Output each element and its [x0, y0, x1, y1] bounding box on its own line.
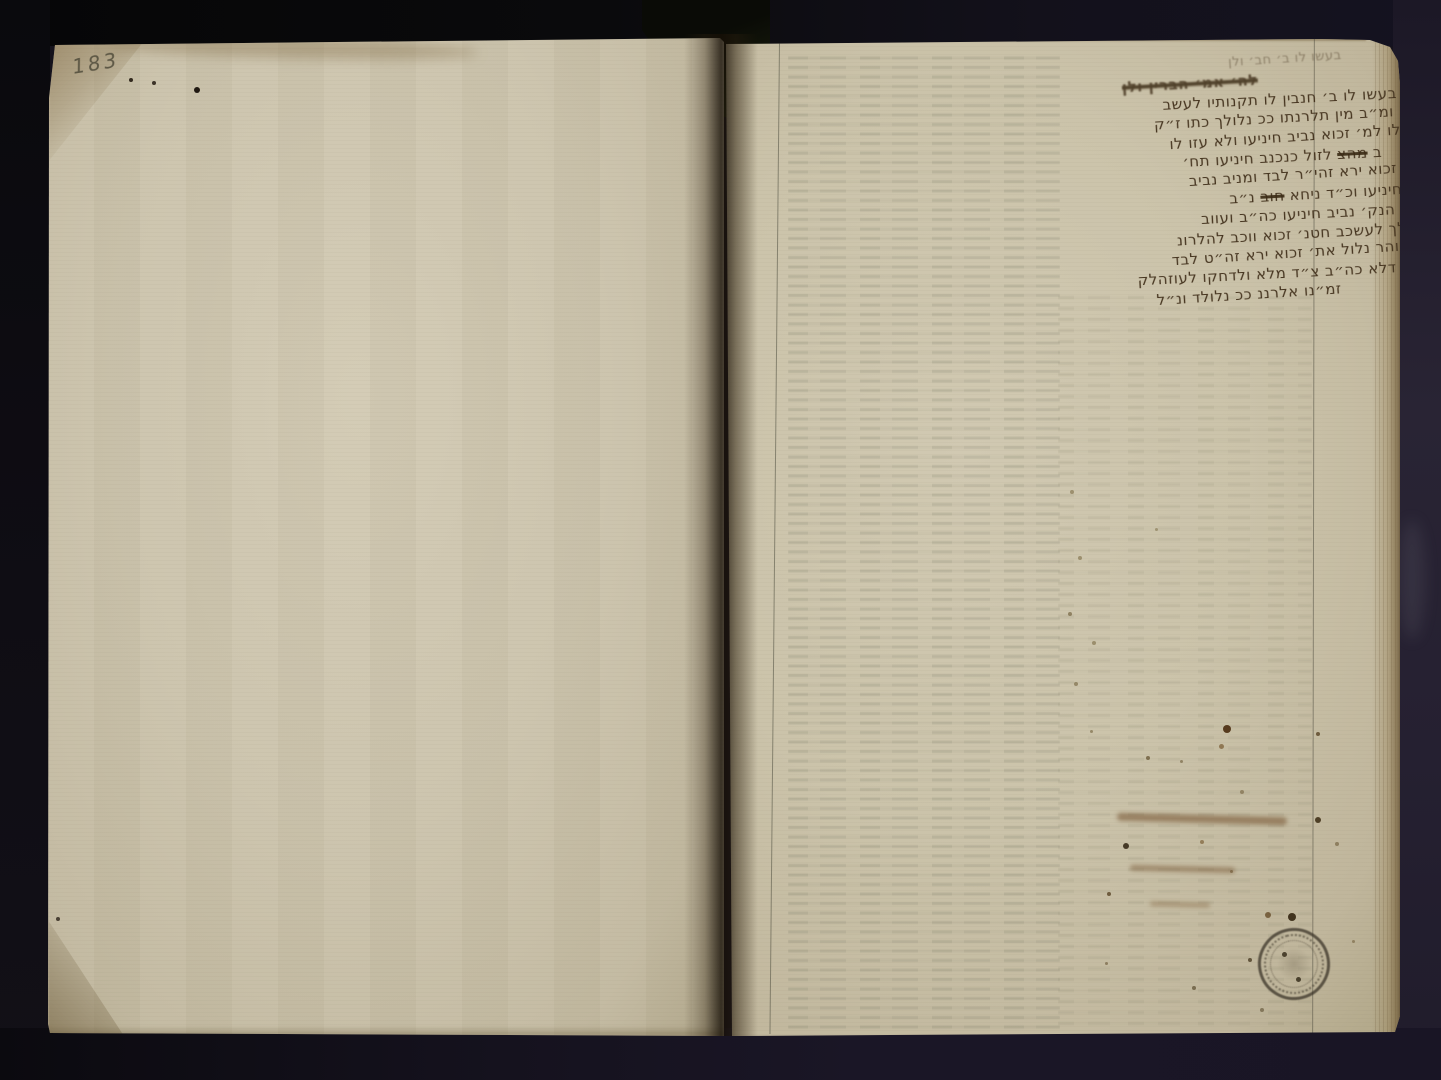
- ink-speck: [1248, 958, 1252, 962]
- ink-speck: [1123, 843, 1129, 849]
- ink-speck: [1105, 962, 1108, 965]
- ink-speck: [152, 81, 156, 85]
- ink-speck: [1068, 612, 1072, 616]
- ink-speck: [1180, 760, 1183, 763]
- ink-speck: [1146, 756, 1150, 760]
- bleed-through-text-column-1: [788, 50, 1060, 1032]
- ink-speck: [1265, 912, 1271, 918]
- bottom-left-corner-crease: [48, 920, 124, 1036]
- ink-speck: [1335, 842, 1339, 846]
- background-left-band: [0, 0, 50, 1080]
- ink-speck: [1288, 913, 1296, 921]
- background-smudge: [1399, 520, 1425, 640]
- ink-speck: [1223, 725, 1231, 733]
- ink-speck: [1200, 840, 1204, 844]
- bleed-through-text-column-2: [1058, 288, 1312, 1030]
- ink-speck: [1219, 744, 1224, 749]
- ink-speck: [56, 917, 60, 921]
- ink-speck: [129, 78, 133, 82]
- ink-speck: [1240, 790, 1244, 794]
- ink-speck: [194, 87, 200, 93]
- ink-speck: [1078, 556, 1082, 560]
- handwriting-block: בעשו לו ב׳ חב׳ ולןלה׳ אמ׳ הברין ולןבעשו …: [1045, 44, 1411, 316]
- ink-speck: [1316, 732, 1320, 736]
- ink-speck: [1315, 817, 1321, 823]
- ink-speck: [1155, 528, 1158, 531]
- ruled-margin-line-left: [769, 42, 780, 1034]
- ink-speck: [1090, 730, 1093, 733]
- right-page: בעשו לו ב׳ חב׳ ולןלה׳ אמ׳ הברין ולןבעשו …: [722, 38, 1400, 1036]
- left-page: 183: [48, 36, 724, 1036]
- spine-gutter-shadow: [684, 34, 758, 1036]
- ink-speck: [1260, 1008, 1264, 1012]
- ink-speck: [1070, 490, 1074, 494]
- ink-speck: [1192, 986, 1196, 990]
- ink-speck: [1074, 682, 1078, 686]
- ink-speck: [1352, 940, 1355, 943]
- ink-speck: [1092, 641, 1096, 645]
- ink-speck: [1107, 892, 1111, 896]
